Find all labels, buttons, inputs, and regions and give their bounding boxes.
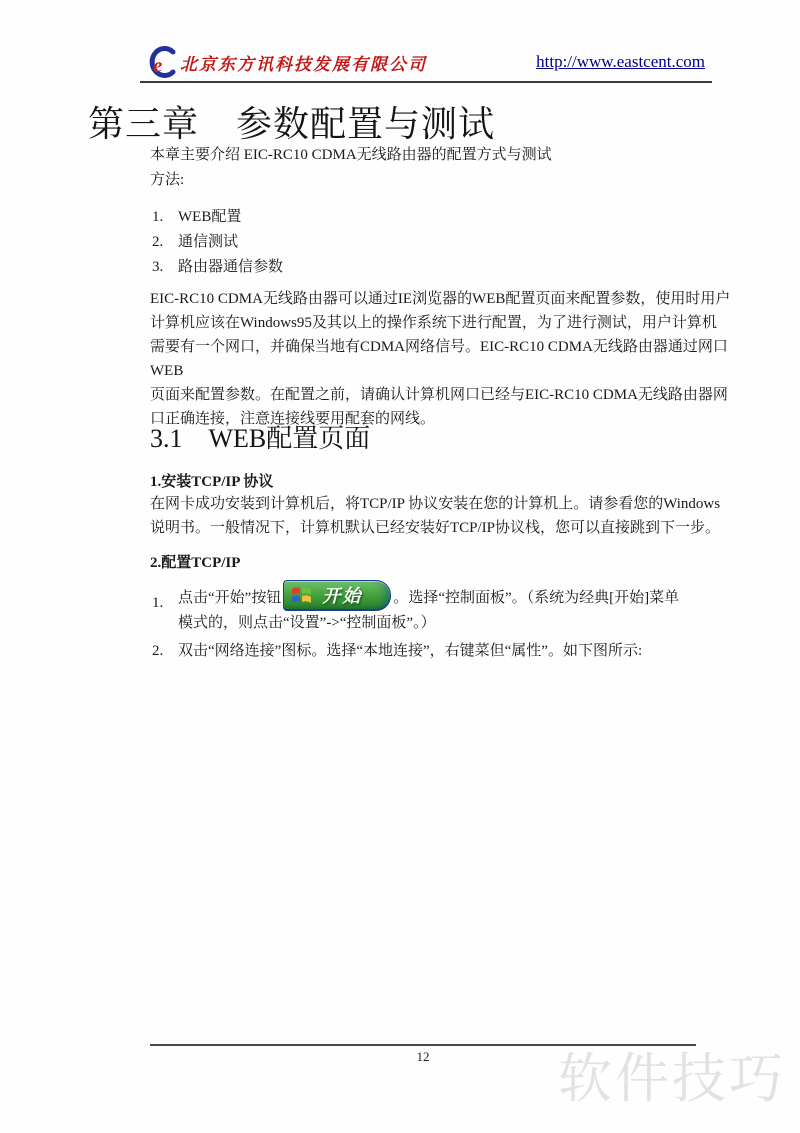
chapter-title: 第三章 参数配置与测试 xyxy=(88,96,495,147)
list-item-number: 2. xyxy=(152,230,178,255)
step-text-line2: 模式的，则点击“设置”->“控制面板”。） xyxy=(178,615,436,631)
section-heading: 3.1 WEB配置页面 xyxy=(150,418,370,455)
start-button-label: 开始 xyxy=(322,584,362,609)
company-brand: e 北京东方讯科技发展有限公司 xyxy=(146,46,427,78)
list-item-number: 1. xyxy=(152,205,178,230)
main-paragraph: EIC-RC10 CDMA无线路由器可以通过IE浏览器的WEB配置页面来配置参数… xyxy=(150,287,732,431)
subsection-heading-configure-tcpip: 2.配置TCP/IP xyxy=(150,551,240,572)
eastcent-logo-icon: e xyxy=(146,46,176,78)
overview-list: 1. WEB配置 2. 通信测试 3. 路由器通信参数 xyxy=(152,205,283,280)
list-item-label: 通信测试 xyxy=(178,230,238,255)
windows-start-button-image: 开始 xyxy=(283,580,391,611)
company-name: 北京东方讯科技发展有限公司 xyxy=(180,50,427,75)
step-item: 2. 双击“网络连接”图标。选择“本地连接”，右键菜但“属性”。如下图所示: xyxy=(152,639,732,664)
list-item-label: WEB配置 xyxy=(178,205,241,230)
list-item-label: 路由器通信参数 xyxy=(178,255,283,280)
list-item: 2. 通信测试 xyxy=(152,230,283,255)
subsection-body-install-tcpip: 在网卡成功安装到计算机后，将TCP/IP 协议安装在您的计算机上。请参看您的Wi… xyxy=(150,492,735,540)
intro-paragraph: 本章主要介绍 EIC-RC10 CDMA无线路由器的配置方式与测试 方法: xyxy=(150,143,730,193)
svg-text:e: e xyxy=(153,53,162,77)
header-divider xyxy=(140,81,712,83)
step-text: 点击“开始”按钮开始。选择“控制面板”。（系统为经典[开始]菜单 模式的，则点击… xyxy=(178,580,679,636)
list-item: 3. 路由器通信参数 xyxy=(152,255,283,280)
step-number: 1. xyxy=(152,580,178,616)
step-number: 2. xyxy=(152,639,178,664)
header-url-link[interactable]: http://www.eastcent.com xyxy=(536,52,705,72)
watermark-text: 软件技巧 xyxy=(558,1036,786,1113)
windows-flag-icon xyxy=(291,585,312,606)
list-item: 1. WEB配置 xyxy=(152,205,283,230)
step-text-after-button: 。选择“控制面板”。（系统为经典[开始]菜单 xyxy=(393,590,679,606)
step-item: 1. 点击“开始”按钮开始。选择“控制面板”。（系统为经典[开始]菜单 模式的，… xyxy=(152,580,732,636)
document-page: e 北京东方讯科技发展有限公司 http://www.eastcent.com … xyxy=(0,0,800,1133)
list-item-number: 3. xyxy=(152,255,178,280)
subsection-heading-install-tcpip: 1.安装TCP/IP 协议 xyxy=(150,470,273,491)
step-text: 双击“网络连接”图标。选择“本地连接”，右键菜但“属性”。如下图所示: xyxy=(178,639,642,664)
config-steps: 1. 点击“开始”按钮开始。选择“控制面板”。（系统为经典[开始]菜单 模式的，… xyxy=(152,580,732,664)
step-text-before-button: 点击“开始”按钮 xyxy=(178,590,281,606)
